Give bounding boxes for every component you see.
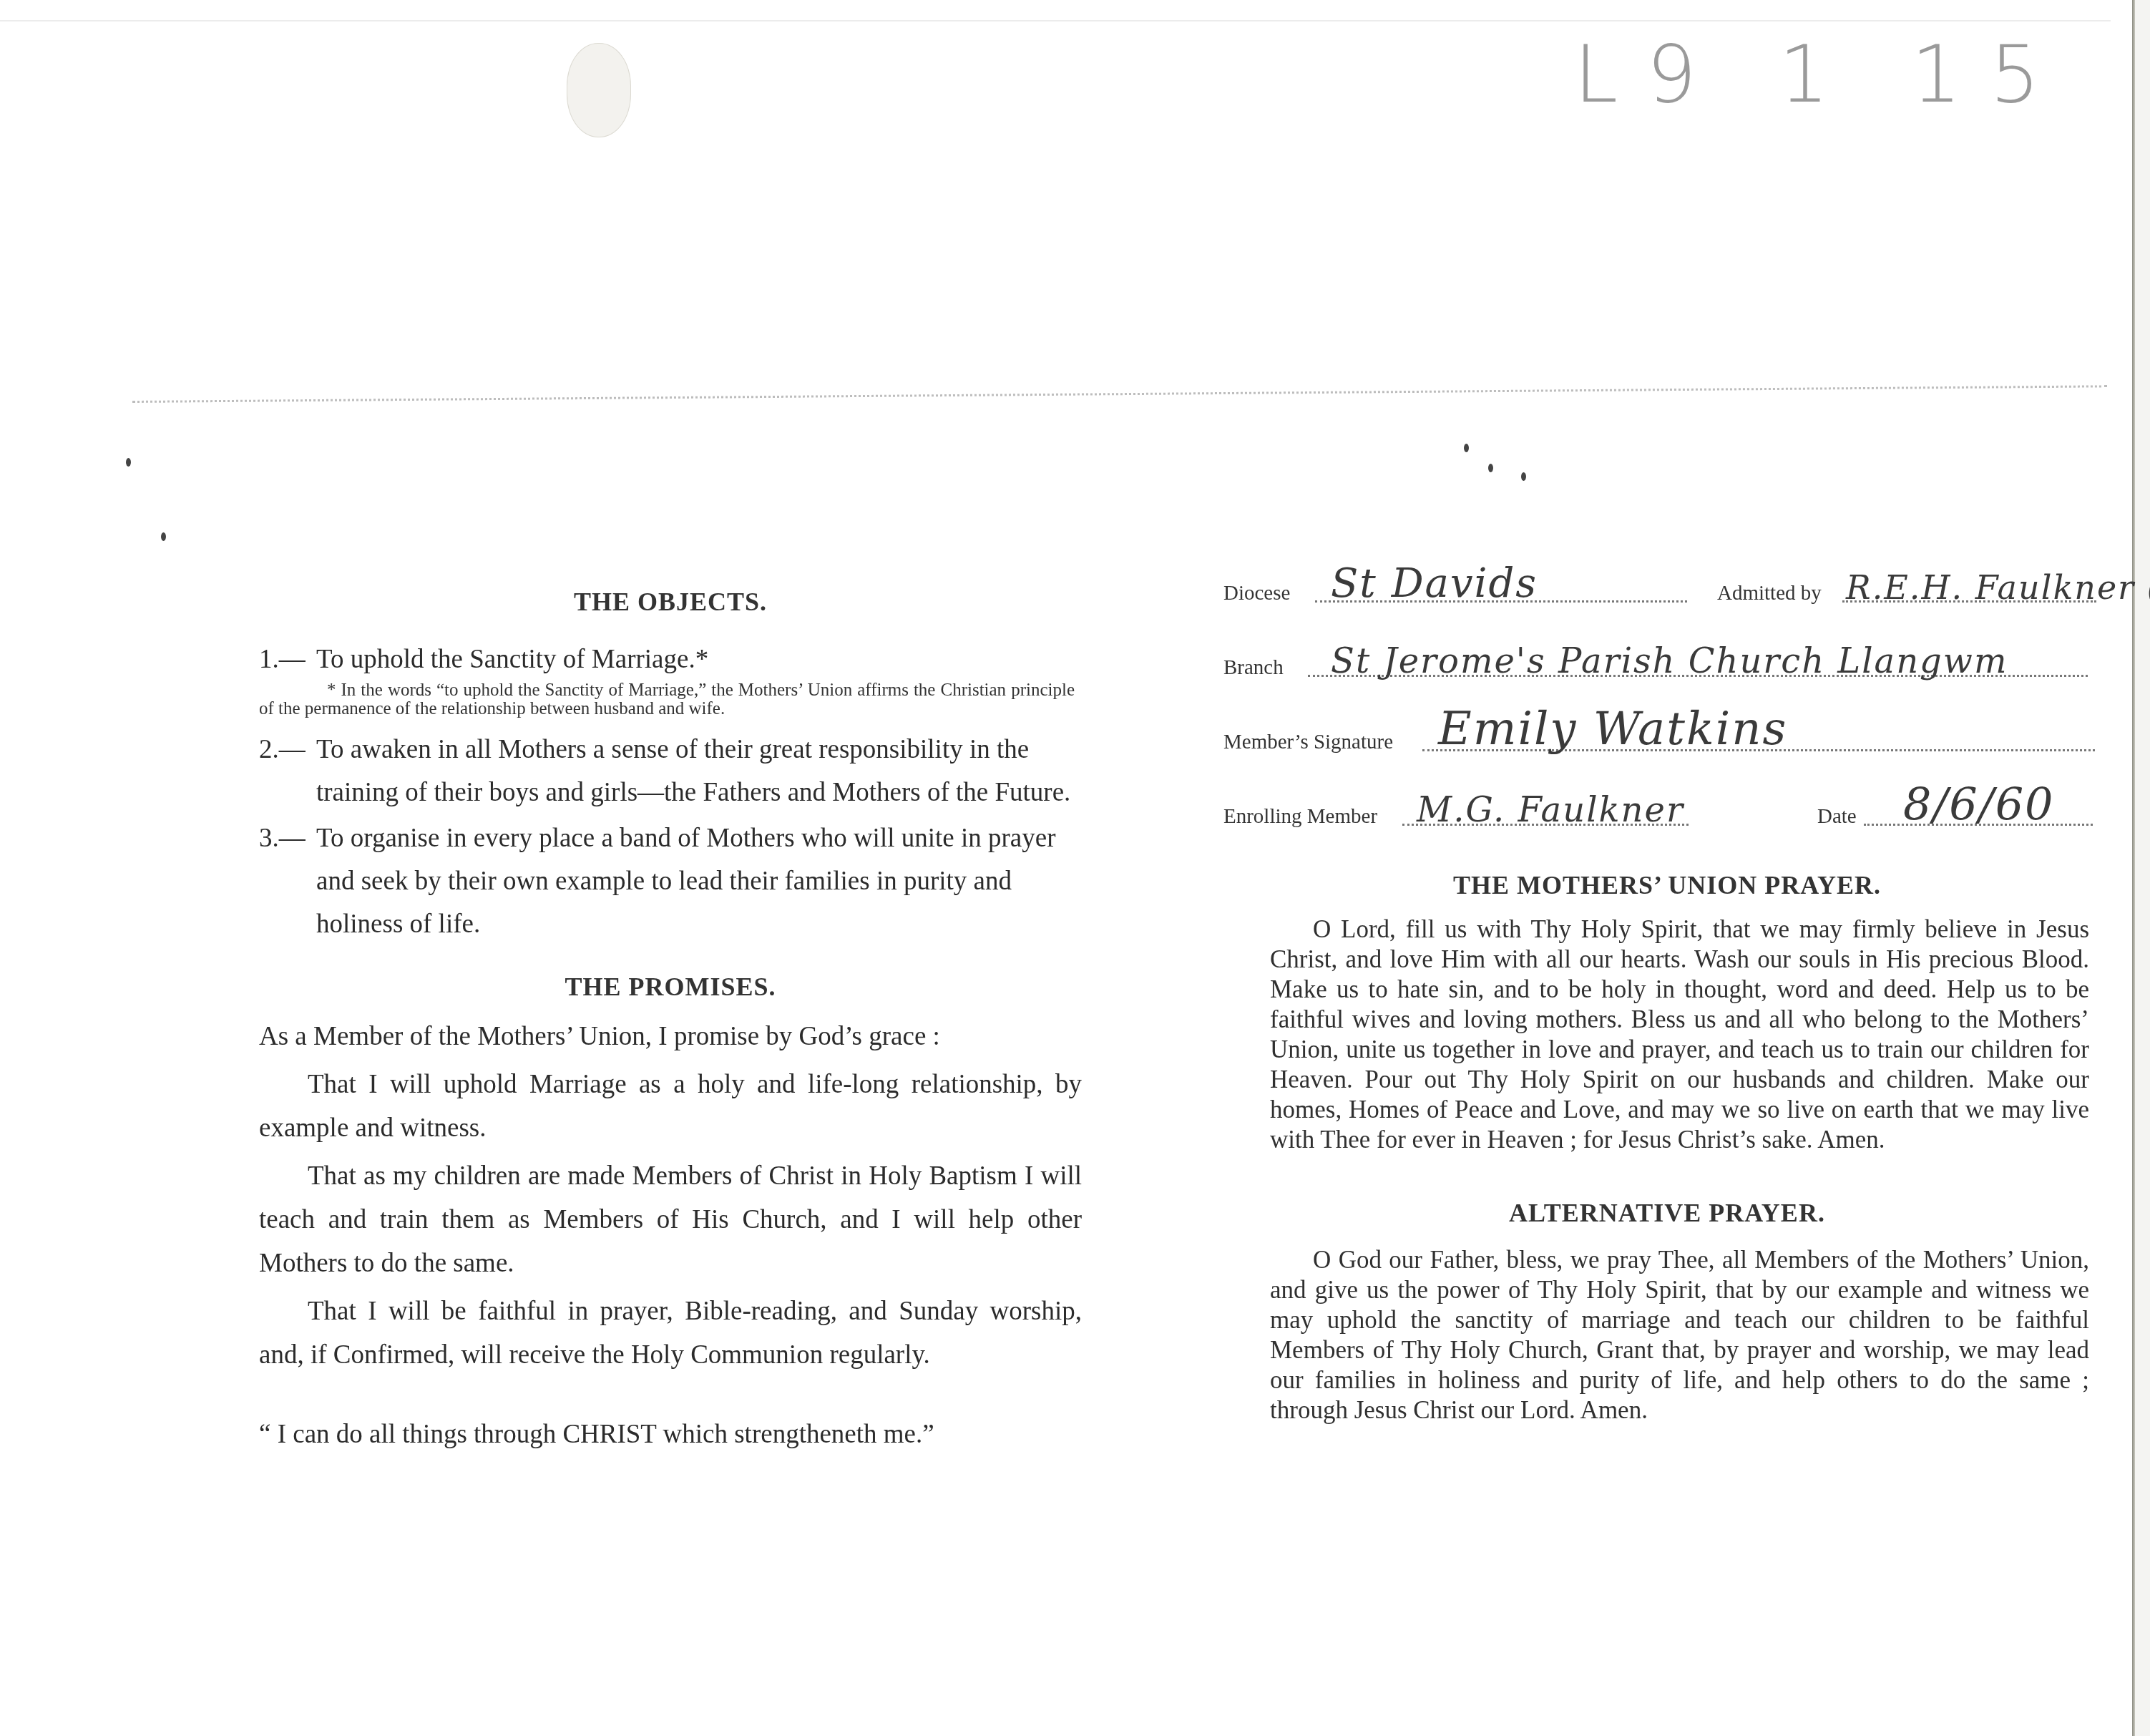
left-column: THE OBJECTS. 1.— To uphold the Sanctity … xyxy=(259,587,1082,1461)
admitted-by-value: R.E.H. Faulkner (Rec xyxy=(1846,568,2150,607)
object-number: 1.— xyxy=(259,638,306,681)
promise-item: That I will uphold Marriage as a holy an… xyxy=(259,1063,1082,1150)
speck xyxy=(1488,464,1493,472)
object-number: 2.— xyxy=(259,728,306,771)
branch-value: St Jerome's Parish Church Llangwm xyxy=(1331,641,2008,681)
enrolling-member-label: Enrolling Member xyxy=(1223,805,1377,829)
enrolling-row: Enrolling Member M.G. Faulkner Date 8/6/… xyxy=(1223,767,2111,842)
objects-heading: THE OBJECTS. xyxy=(259,587,1082,617)
alternative-prayer-body: O God our Father, bless, we pray Thee, a… xyxy=(1270,1245,2089,1425)
admitted-by-label: Admitted by xyxy=(1717,582,1822,605)
branch-row: Branch St Jerome's Parish Church Llangwm xyxy=(1223,618,2111,693)
mu-prayer-body: O Lord, fill us with Thy Holy Spirit, th… xyxy=(1270,915,2089,1155)
speck xyxy=(1521,472,1526,481)
pencil-reference-number: L9 1 15 xyxy=(1574,29,2068,120)
diocese-label: Diocese xyxy=(1223,582,1290,605)
mu-prayer-text: O Lord, fill us with Thy Holy Spirit, th… xyxy=(1223,915,2111,1155)
speck xyxy=(1464,444,1469,452)
promise-item: That I will be faithful in prayer, Bible… xyxy=(259,1289,1082,1377)
date-label: Date xyxy=(1817,805,1857,829)
object-item-3: 3.— To organise in every place a band of… xyxy=(259,817,1082,946)
sheet-top-edge xyxy=(0,20,2111,21)
enrolment-form: Diocese St Davids Admitted by R.E.H. Fau… xyxy=(1223,544,2111,842)
object-text: To awaken in all Mothers a sense of thei… xyxy=(316,735,1070,807)
right-column: Diocese St Davids Admitted by R.E.H. Fau… xyxy=(1223,544,2111,1425)
alternative-prayer-heading: ALTERNATIVE PRAYER. xyxy=(1223,1198,2111,1228)
object-text: To organise in every place a band of Mot… xyxy=(316,824,1055,939)
member-signature: Emily Watkins xyxy=(1438,703,1787,756)
object-item-1: 1.— To uphold the Sanctity of Marriage.* xyxy=(259,638,1082,681)
punch-hole xyxy=(567,43,631,137)
speck xyxy=(161,532,166,541)
signature-row: Member’s Signature Emily Watkins xyxy=(1223,693,2111,767)
object-text: To uphold the Sanctity of Marriage.* xyxy=(316,645,708,674)
promise-item: That as my children are made Members of … xyxy=(259,1154,1082,1285)
object-item-2: 2.— To awaken in all Mothers a sense of … xyxy=(259,728,1082,814)
enrolling-member-value: M.G. Faulkner xyxy=(1417,790,1684,830)
diocese-row: Diocese St Davids Admitted by R.E.H. Fau… xyxy=(1223,544,2111,618)
speck xyxy=(126,458,131,467)
branch-label: Branch xyxy=(1223,656,1284,680)
alternative-prayer-text: O God our Father, bless, we pray Thee, a… xyxy=(1223,1245,2111,1425)
scan-margin xyxy=(2135,0,2150,1736)
card-top-edge xyxy=(132,385,2107,446)
date-value: 8/6/60 xyxy=(1903,778,2055,830)
mu-prayer-heading: THE MOTHERS’ UNION PRAYER. xyxy=(1223,870,2111,900)
diocese-value: St Davids xyxy=(1331,560,1538,607)
scripture-quote: “ I can do all things through CHRIST whi… xyxy=(259,1413,1082,1456)
promises-heading: THE PROMISES. xyxy=(259,972,1082,1002)
promises-intro: As a Member of the Mothers’ Union, I pro… xyxy=(259,1015,1082,1058)
object-footnote: * In the words “to uphold the Sanctity o… xyxy=(259,681,1075,718)
signature-label: Member’s Signature xyxy=(1223,731,1393,754)
object-number: 3.— xyxy=(259,817,306,860)
